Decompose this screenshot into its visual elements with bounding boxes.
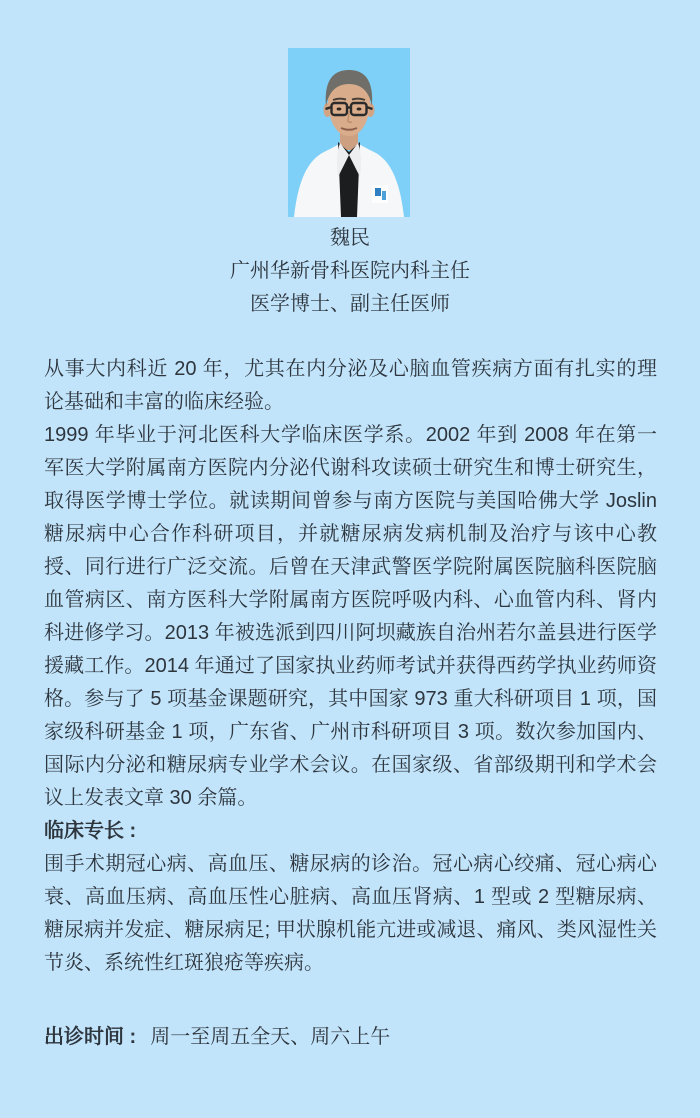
bio-paragraph-career: 1999 年毕业于河北医科大学临床医学系。2002 年到 2008 年在第一军医…	[44, 419, 657, 815]
doctor-profile-page: 魏民 广州华新骨科医院内科主任 医学博士、副主任医师 从事大内科近 20 年，尤…	[0, 0, 700, 1118]
specialty-heading: 临床专长 :	[44, 815, 657, 848]
doctor-credentials: 医学博士、副主任医师	[0, 288, 700, 321]
bio-paragraph-experience: 从事大内科近 20 年，尤其在内分泌及心脑血管疾病方面有扎实的理论基础和丰富的临…	[44, 353, 657, 419]
doctor-name: 魏民	[0, 222, 700, 255]
doctor-position: 广州华新骨科医院内科主任	[0, 255, 700, 288]
clinic-hours-label: 出诊时间 :	[44, 1026, 136, 1048]
clinic-hours: 出诊时间 :周一至周五全天、周六上午	[44, 1021, 657, 1054]
bio-section: 从事大内科近 20 年，尤其在内分泌及心脑血管疾病方面有扎实的理论基础和丰富的临…	[44, 353, 657, 980]
profile-header: 魏民 广州华新骨科医院内科主任 医学博士、副主任医师	[0, 222, 700, 321]
specialty-paragraph: 围手术期冠心病、高血压、糖尿病的诊治。冠心病心绞痛、冠心病心衰、高血压病、高血压…	[44, 848, 657, 980]
coat-badge	[372, 185, 388, 203]
doctor-portrait-illustration	[288, 48, 410, 217]
doctor-photo	[288, 48, 410, 217]
clinic-hours-value: 周一至周五全天、周六上午	[150, 1026, 390, 1048]
